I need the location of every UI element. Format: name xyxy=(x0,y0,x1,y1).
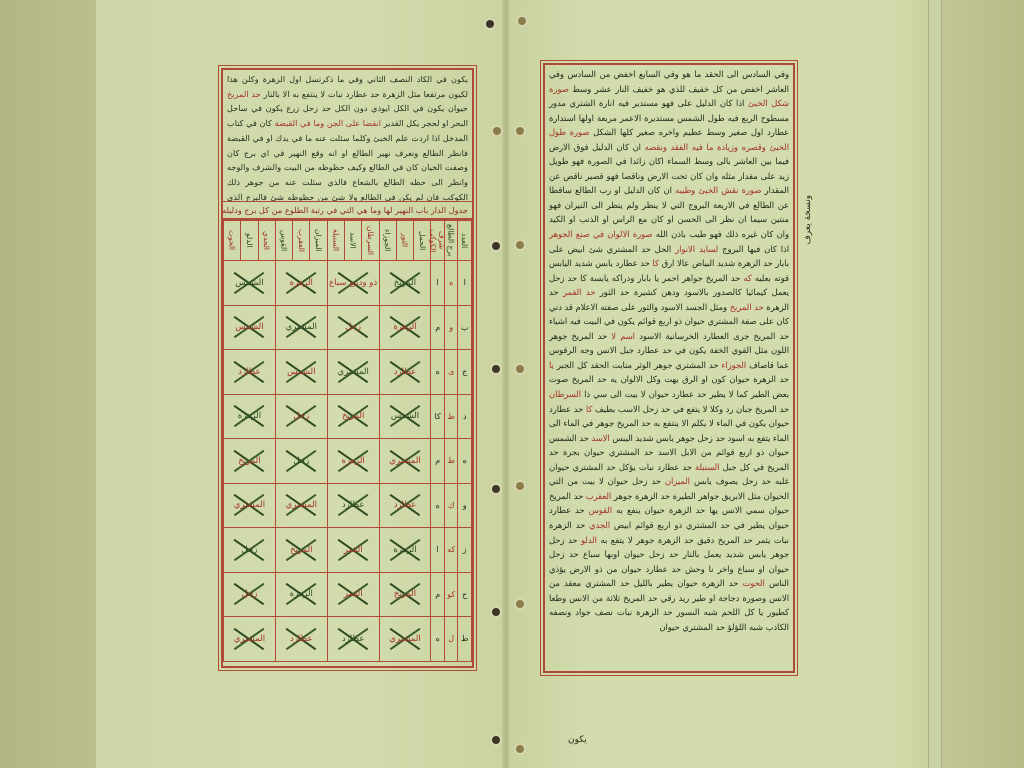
index-cell: م xyxy=(431,305,445,350)
body-text: لا ينتفع به الا بالنار xyxy=(261,89,325,99)
planet-cell: عطارد xyxy=(327,617,379,662)
rubric-text: الجوزاء xyxy=(718,360,746,370)
planet-label: زحل xyxy=(224,589,275,599)
planet-label: الزهرة xyxy=(276,278,327,288)
planet-cell: الزهرة xyxy=(379,305,431,350)
planet-cell: زحل xyxy=(224,528,276,573)
index-cell: ز xyxy=(458,528,472,573)
rubric-text: انقضا على الجن وما في القبضة xyxy=(272,118,381,128)
binding-hole xyxy=(492,365,500,373)
planet-cell: ذو ودبيع سباع xyxy=(327,261,379,306)
planet-cell: زحل xyxy=(275,394,327,439)
body-text: حد المريخ جبان رد وكلا لا يتفع في حد زحل… xyxy=(592,404,789,414)
index-cell: ه xyxy=(444,261,458,306)
planet-cell: المشتري xyxy=(379,439,431,484)
index-cell: ه xyxy=(431,617,445,662)
planet-label: الزهرة xyxy=(380,322,431,332)
binding-hole xyxy=(486,20,494,28)
book-gutter xyxy=(502,0,510,768)
body-text: وكيف حظوظه من البيت والشرف والوجه xyxy=(227,162,366,172)
planet-label: القمر xyxy=(328,589,379,599)
planet-label: المريخ xyxy=(380,589,431,599)
background-left xyxy=(0,0,96,768)
table-header-cell: العدد xyxy=(458,221,472,261)
table-row: جىهعطاردالمشتريالشمسعطارد xyxy=(224,350,472,395)
planet-cell: المشتري xyxy=(327,350,379,395)
rubric-text: العقرب xyxy=(583,491,611,501)
index-cell: كا xyxy=(431,394,445,439)
catchword: يكون xyxy=(568,735,587,745)
planet-label: المشتري xyxy=(328,367,379,377)
astrological-table: العددبرج الطالعشرف الكوكبالحملالثورالجوز… xyxy=(223,220,472,662)
planet-cell: المريخ xyxy=(275,528,327,573)
planet-label: زحل xyxy=(276,411,327,421)
planet-cell: المشتري xyxy=(224,483,276,528)
right-text-frame: وفي السادس الى الحقد ما هو وفي السابع اخ… xyxy=(543,63,795,673)
planet-label: عطارد xyxy=(328,500,379,510)
planet-label: الشمس xyxy=(224,278,275,288)
binding-hole xyxy=(516,241,524,249)
planet-cell: المشتري xyxy=(379,617,431,662)
body-text: فان لم يكن في الطالع ولا شئ من حظوظه شئ … xyxy=(227,192,468,202)
index-cell: م xyxy=(431,439,445,484)
planet-label: عطارد xyxy=(276,634,327,644)
planet-cell: المشتري xyxy=(224,617,276,662)
planet-cell: الشمس xyxy=(224,305,276,350)
planet-label: الزهرة xyxy=(328,456,379,466)
index-cell: ب xyxy=(458,305,472,350)
index-cell: كه xyxy=(444,528,458,573)
index-cell: و xyxy=(444,305,458,350)
binding-hole xyxy=(516,600,524,608)
planet-cell: زحل xyxy=(224,572,276,617)
planet-cell: المريخ xyxy=(327,394,379,439)
planet-cell: زحل xyxy=(327,305,379,350)
planet-label: المريخ xyxy=(224,456,275,466)
table-row: وكهعطاردعطاردالمشتريالمشتري xyxy=(224,483,472,528)
planet-label: المريخ xyxy=(380,278,431,288)
planet-cell: الزهرة xyxy=(275,261,327,306)
index-cell: ط xyxy=(444,439,458,484)
body-text: حد المشتري جوهر الوثر منابت الحقد كل الج… xyxy=(554,360,719,370)
rubric-text: كا xyxy=(583,404,592,414)
background-right xyxy=(940,0,1024,768)
index-cell: ه xyxy=(431,350,445,395)
table-header-cell: الثور xyxy=(396,221,413,261)
planet-label: الشمس xyxy=(276,367,327,377)
planet-label: المريخ xyxy=(328,411,379,421)
rubric-text: الاسد xyxy=(589,433,610,443)
table-header-row: العددبرج الطالعشرف الكوكبالحملالثورالجوز… xyxy=(224,221,472,261)
binding-hole xyxy=(518,17,526,25)
index-cell: كو xyxy=(444,572,458,617)
binding-hole xyxy=(492,608,500,616)
right-paragraph: وفي السادس الى الحقد ما هو وفي السابع اخ… xyxy=(545,65,793,671)
planet-label: الزهرة xyxy=(276,589,327,599)
table-row: دطكاالشمسالمريخزحلالزهرة xyxy=(224,394,472,439)
rubric-text: القوس xyxy=(585,505,613,515)
planet-label: زحل xyxy=(328,322,379,332)
planet-label: القمر xyxy=(328,545,379,555)
planet-cell: المشتري xyxy=(275,305,327,350)
rubric-text: كه xyxy=(740,273,752,283)
binding-hole xyxy=(516,127,524,135)
planet-cell: الزهرة xyxy=(275,572,327,617)
planet-label: المشتري xyxy=(276,322,327,332)
planet-label: المشتري xyxy=(380,634,431,644)
rubric-text: صورة نقش الخبئ وطيبه xyxy=(672,185,761,195)
planet-cell: القمر xyxy=(327,528,379,573)
table-header-cell: شرف الكوكب xyxy=(431,221,445,261)
binding-hole xyxy=(516,482,524,490)
planet-label: الشمس xyxy=(224,322,275,332)
planet-label: زحل xyxy=(276,456,327,466)
planet-label: عطارد xyxy=(380,500,431,510)
body-text: وسط xyxy=(569,84,591,94)
rubric-text: صورة الالوان في صنع الجوهر xyxy=(549,229,652,239)
table-header-cell: السرطان xyxy=(362,221,379,261)
table-row: بومالزهرةزحلالمشتريالشمس xyxy=(224,305,472,350)
planet-label: المشتري xyxy=(224,634,275,644)
table-row: حكومالمريخالقمرالزهرةزحل xyxy=(224,572,472,617)
table-row: هطمالمشتريالزهرةزحلالمريخ xyxy=(224,439,472,484)
rubric-text: الميزان xyxy=(661,476,690,486)
table-row: طلهالمشتريعطاردعطاردالمشتري xyxy=(224,617,472,662)
planet-cell: الزهرة xyxy=(379,528,431,573)
index-cell: ى xyxy=(444,350,458,395)
planet-cell: الزهرة xyxy=(327,439,379,484)
planet-label: زحل xyxy=(224,545,275,555)
index-cell: د xyxy=(458,394,472,439)
planet-cell: المريخ xyxy=(224,439,276,484)
body-text: اذا كان فيها البروج xyxy=(718,244,789,254)
table-header-cell: الدلو xyxy=(241,221,258,261)
table-row: زكهاالزهرةالقمرالمريخزحل xyxy=(224,528,472,573)
planet-cell: المشتري xyxy=(275,483,327,528)
body-text: حد الزهرة حيوان كون او الرق يهت وكل الال… xyxy=(549,374,789,399)
planet-label: الزهرة xyxy=(380,545,431,555)
planet-label: عطارد xyxy=(328,634,379,644)
binding-hole xyxy=(492,485,500,493)
index-cell: ا xyxy=(431,528,445,573)
table-row: اهاالمريخذو ودبيع سباعالزهرةالشمس xyxy=(224,261,472,306)
rubric-text: الدلو xyxy=(577,535,597,545)
planet-label: ذو ودبيع سباع xyxy=(328,278,379,288)
planet-label: عطارد xyxy=(224,367,275,377)
planet-label: عطارد xyxy=(380,367,431,377)
rubric-text: وقصره وزيادة ما فيه الفقد ونقصه xyxy=(641,142,766,152)
table-header-cell: الاسد xyxy=(345,221,362,261)
index-cell: و xyxy=(458,483,472,528)
table-caption: جدول الدار باب النهير لها وما هي التي في… xyxy=(223,202,472,220)
rubric-text: كا xyxy=(650,258,659,268)
planet-cell: القمر xyxy=(327,572,379,617)
table-header-cell: العقرب xyxy=(293,221,310,261)
index-cell: ا xyxy=(431,261,445,306)
binding-hole xyxy=(516,745,524,753)
rubric-text: حد المريخ xyxy=(727,302,764,312)
index-cell: ه xyxy=(431,483,445,528)
table-header-cell: الجوزاء xyxy=(379,221,396,261)
planet-cell: عطارد xyxy=(275,617,327,662)
index-cell: ط xyxy=(444,394,458,439)
table-header-cell: السنبلة xyxy=(327,221,344,261)
body-text: باذن الله xyxy=(652,229,685,239)
rubric-text: الجدي xyxy=(585,520,610,530)
planet-label: المشتري xyxy=(276,500,327,510)
index-cell: ا xyxy=(458,261,472,306)
planet-cell: عطارد xyxy=(224,350,276,395)
margin-note: ونسخة يعرف xyxy=(803,195,813,245)
index-cell: ط xyxy=(458,617,472,662)
planet-cell: المريخ xyxy=(379,572,431,617)
rubric-text: حد المريخ xyxy=(227,89,261,99)
table-header-cell: الحوت xyxy=(224,221,241,261)
index-cell: ح xyxy=(458,572,472,617)
planet-cell: الشمس xyxy=(275,350,327,395)
planet-cell: الزهرة xyxy=(224,394,276,439)
planet-label: المريخ xyxy=(276,545,327,555)
rubric-text: السنبلة xyxy=(692,462,720,472)
index-cell: ه xyxy=(458,439,472,484)
planet-label: الشمس xyxy=(380,411,431,421)
rubric-text: لسايد الانوار xyxy=(671,244,718,254)
index-cell: م xyxy=(431,572,445,617)
binding-hole xyxy=(492,242,500,250)
rubric-text: السرطان xyxy=(549,389,581,399)
rubric-text: حد القمر xyxy=(558,287,595,297)
rubric-text: اسم لا xyxy=(607,331,635,341)
left-paragraph: يكون في الكاد النصف الثاني وفي ما ذكرتسل… xyxy=(223,70,472,202)
planet-cell: زحل xyxy=(275,439,327,484)
planet-label: المشتري xyxy=(224,500,275,510)
planet-label: الزهرة xyxy=(224,411,275,421)
planet-cell: عطارد xyxy=(379,483,431,528)
planet-cell: المريخ xyxy=(379,261,431,306)
planet-cell: عطارد xyxy=(327,483,379,528)
index-cell: ك xyxy=(444,483,458,528)
binding-hole xyxy=(493,127,501,135)
table-header-cell: الميزان xyxy=(310,221,327,261)
page-edge-strip xyxy=(928,0,942,768)
binding-hole xyxy=(492,736,500,744)
index-cell: ل xyxy=(444,617,458,662)
index-cell: ج xyxy=(458,350,472,395)
rubric-text: الحوت xyxy=(738,578,765,588)
table-header-cell: الجدي xyxy=(258,221,275,261)
left-text-frame: يكون في الكاد النصف الثاني وفي ما ذكرتسل… xyxy=(221,68,474,668)
planet-cell: الشمس xyxy=(379,394,431,439)
planet-cell: الشمس xyxy=(224,261,276,306)
binding-hole xyxy=(516,365,524,373)
planet-label: المشتري xyxy=(380,456,431,466)
table-header-cell: القوس xyxy=(275,221,292,261)
planet-cell: عطارد xyxy=(379,350,431,395)
